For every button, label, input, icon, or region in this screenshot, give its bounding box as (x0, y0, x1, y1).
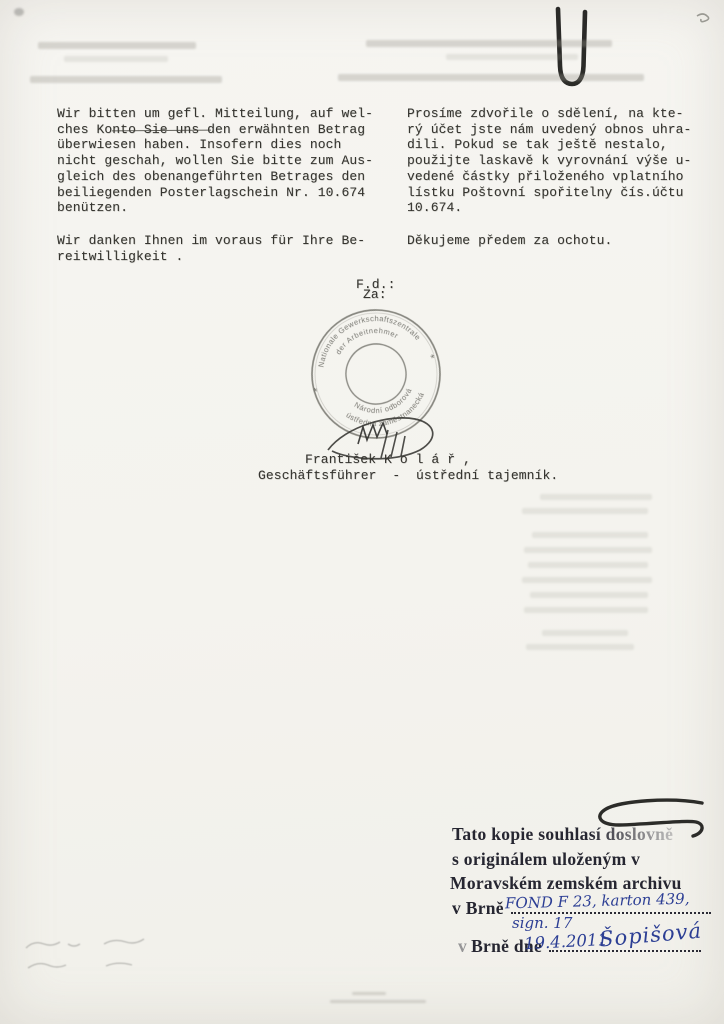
text-line: nicht geschah, wollen Sie bitte zum Aus- (57, 153, 373, 169)
text-line: Děkujeme předem za ochotu. (407, 233, 612, 249)
text-line: gleich des obenangeführten Betrages den (57, 169, 373, 185)
text-line: použijte laskavě k vyrovnání výše u- (407, 153, 691, 169)
archive-stamp-line-1: Tato kopie souhlasí doslovně (452, 824, 673, 845)
ghost-text-block-top-left (30, 38, 230, 94)
text-line: Wir bitten um gefl. Mitteilung, auf wel- (57, 106, 373, 122)
archive-stamp-faint-v: v (458, 936, 467, 956)
ghost-text-block-top-right (330, 34, 650, 92)
text-line: Prosíme zdvořile o sdělení, na kte- (407, 106, 691, 122)
text-line: beiliegenden Posterlagschein Nr. 10.674 (57, 185, 373, 201)
ghost-line (522, 508, 648, 514)
ghost-line (526, 644, 634, 650)
ghost-line (524, 607, 648, 613)
ghost-line (540, 494, 652, 500)
ghost-line (532, 532, 648, 538)
text-line: überwiesen haben. Insofern dies noch (57, 137, 373, 153)
handwritten-signature-number: sign. 17 (512, 914, 572, 932)
czech-paragraph-1: Prosíme zdvořile o sdělení, na kte-rý úč… (407, 106, 691, 216)
text-line: dili. Pokud se tak ještě nestalo, (407, 137, 691, 153)
smudge-mark (694, 10, 716, 28)
ghost-line (338, 74, 644, 81)
ghost-line (528, 562, 648, 568)
text-line: vedené částky přiloženého vplatního (407, 169, 691, 185)
german-paragraph-2: Wir danken Ihnen im voraus für Ihre Be-r… (57, 233, 365, 264)
signer-name: František K o l á ř , (305, 452, 471, 468)
ghost-line (542, 630, 628, 636)
czech-paragraph-2: Děkujeme předem za ochotu. (407, 233, 612, 249)
ghost-text-block-right (522, 492, 672, 657)
german-paragraph-1: Wir bitten um gefl. Mitteilung, auf wel-… (57, 106, 373, 216)
ghost-line (366, 40, 612, 47)
ghost-line (522, 577, 652, 583)
ghost-line (530, 592, 648, 598)
smudge-mark (14, 8, 24, 16)
text-line: 10.674. (407, 200, 691, 216)
archive-stamp-line-2: s originálem uloženým v (452, 849, 640, 870)
signer-title: Geschäftsführer - ústřední tajemník. (258, 468, 558, 484)
text-line: lístku Poštovní spořitelny čís.účtu (407, 185, 691, 201)
ghost-marks-bottom (330, 992, 440, 1006)
ghost-line (330, 1000, 426, 1003)
archive-stamp-line-4-label: v Brně (452, 898, 504, 918)
ghost-line (64, 56, 168, 62)
pencil-note-scribbles (20, 934, 170, 982)
ghost-line (446, 54, 578, 60)
text-line: reitwilligkeit . (57, 249, 365, 265)
scanned-letter-page: Wir bitten um gefl. Mitteilung, auf wel-… (0, 0, 724, 1024)
text-line: rý účet jste nám uvedený obnos uhra- (407, 122, 691, 138)
text-line: Wir danken Ihnen im voraus für Ihre Be- (57, 233, 365, 249)
text-line: benützen. (57, 200, 373, 216)
ghost-line (524, 547, 652, 553)
text-line: ches Konto Sie uns den erwähnten Betrag (57, 122, 373, 138)
ghost-line (38, 42, 196, 49)
ghost-line (30, 76, 222, 83)
ghost-line (352, 992, 386, 995)
stamp-star-left: * (312, 386, 320, 399)
